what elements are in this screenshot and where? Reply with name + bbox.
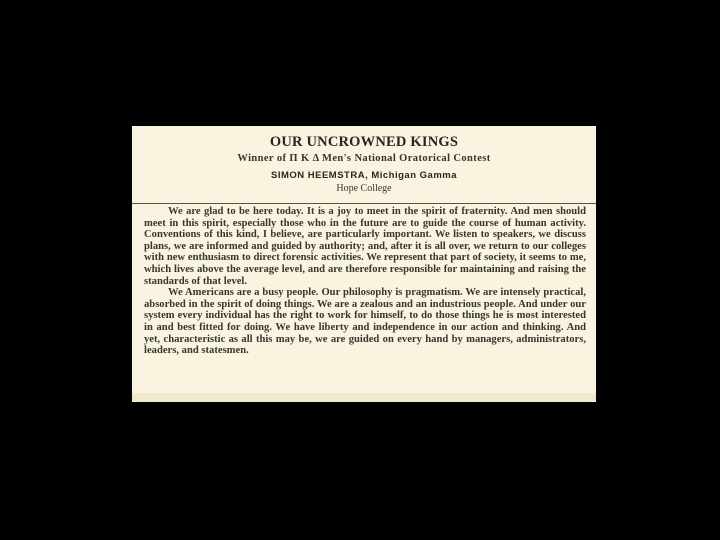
article-subtitle: Winner of Π K Δ Men's National Oratorica…: [132, 152, 596, 165]
article-college: Hope College: [132, 183, 596, 195]
page-bottom-edge: [132, 393, 596, 402]
paragraph-1: We are glad to be here today. It is a jo…: [144, 206, 586, 287]
article-header: OUR UNCROWNED KINGS Winner of Π K Δ Men'…: [132, 126, 596, 195]
article-body: We are glad to be here today. It is a jo…: [144, 206, 586, 357]
article-author: SIMON HEEMSTRA, Michigan Gamma: [132, 170, 596, 182]
article-title: OUR UNCROWNED KINGS: [132, 134, 596, 151]
document-page: OUR UNCROWNED KINGS Winner of Π K Δ Men'…: [132, 126, 596, 402]
paragraph-2: We Americans are a busy people. Our phil…: [144, 287, 586, 357]
header-divider: [132, 203, 596, 204]
